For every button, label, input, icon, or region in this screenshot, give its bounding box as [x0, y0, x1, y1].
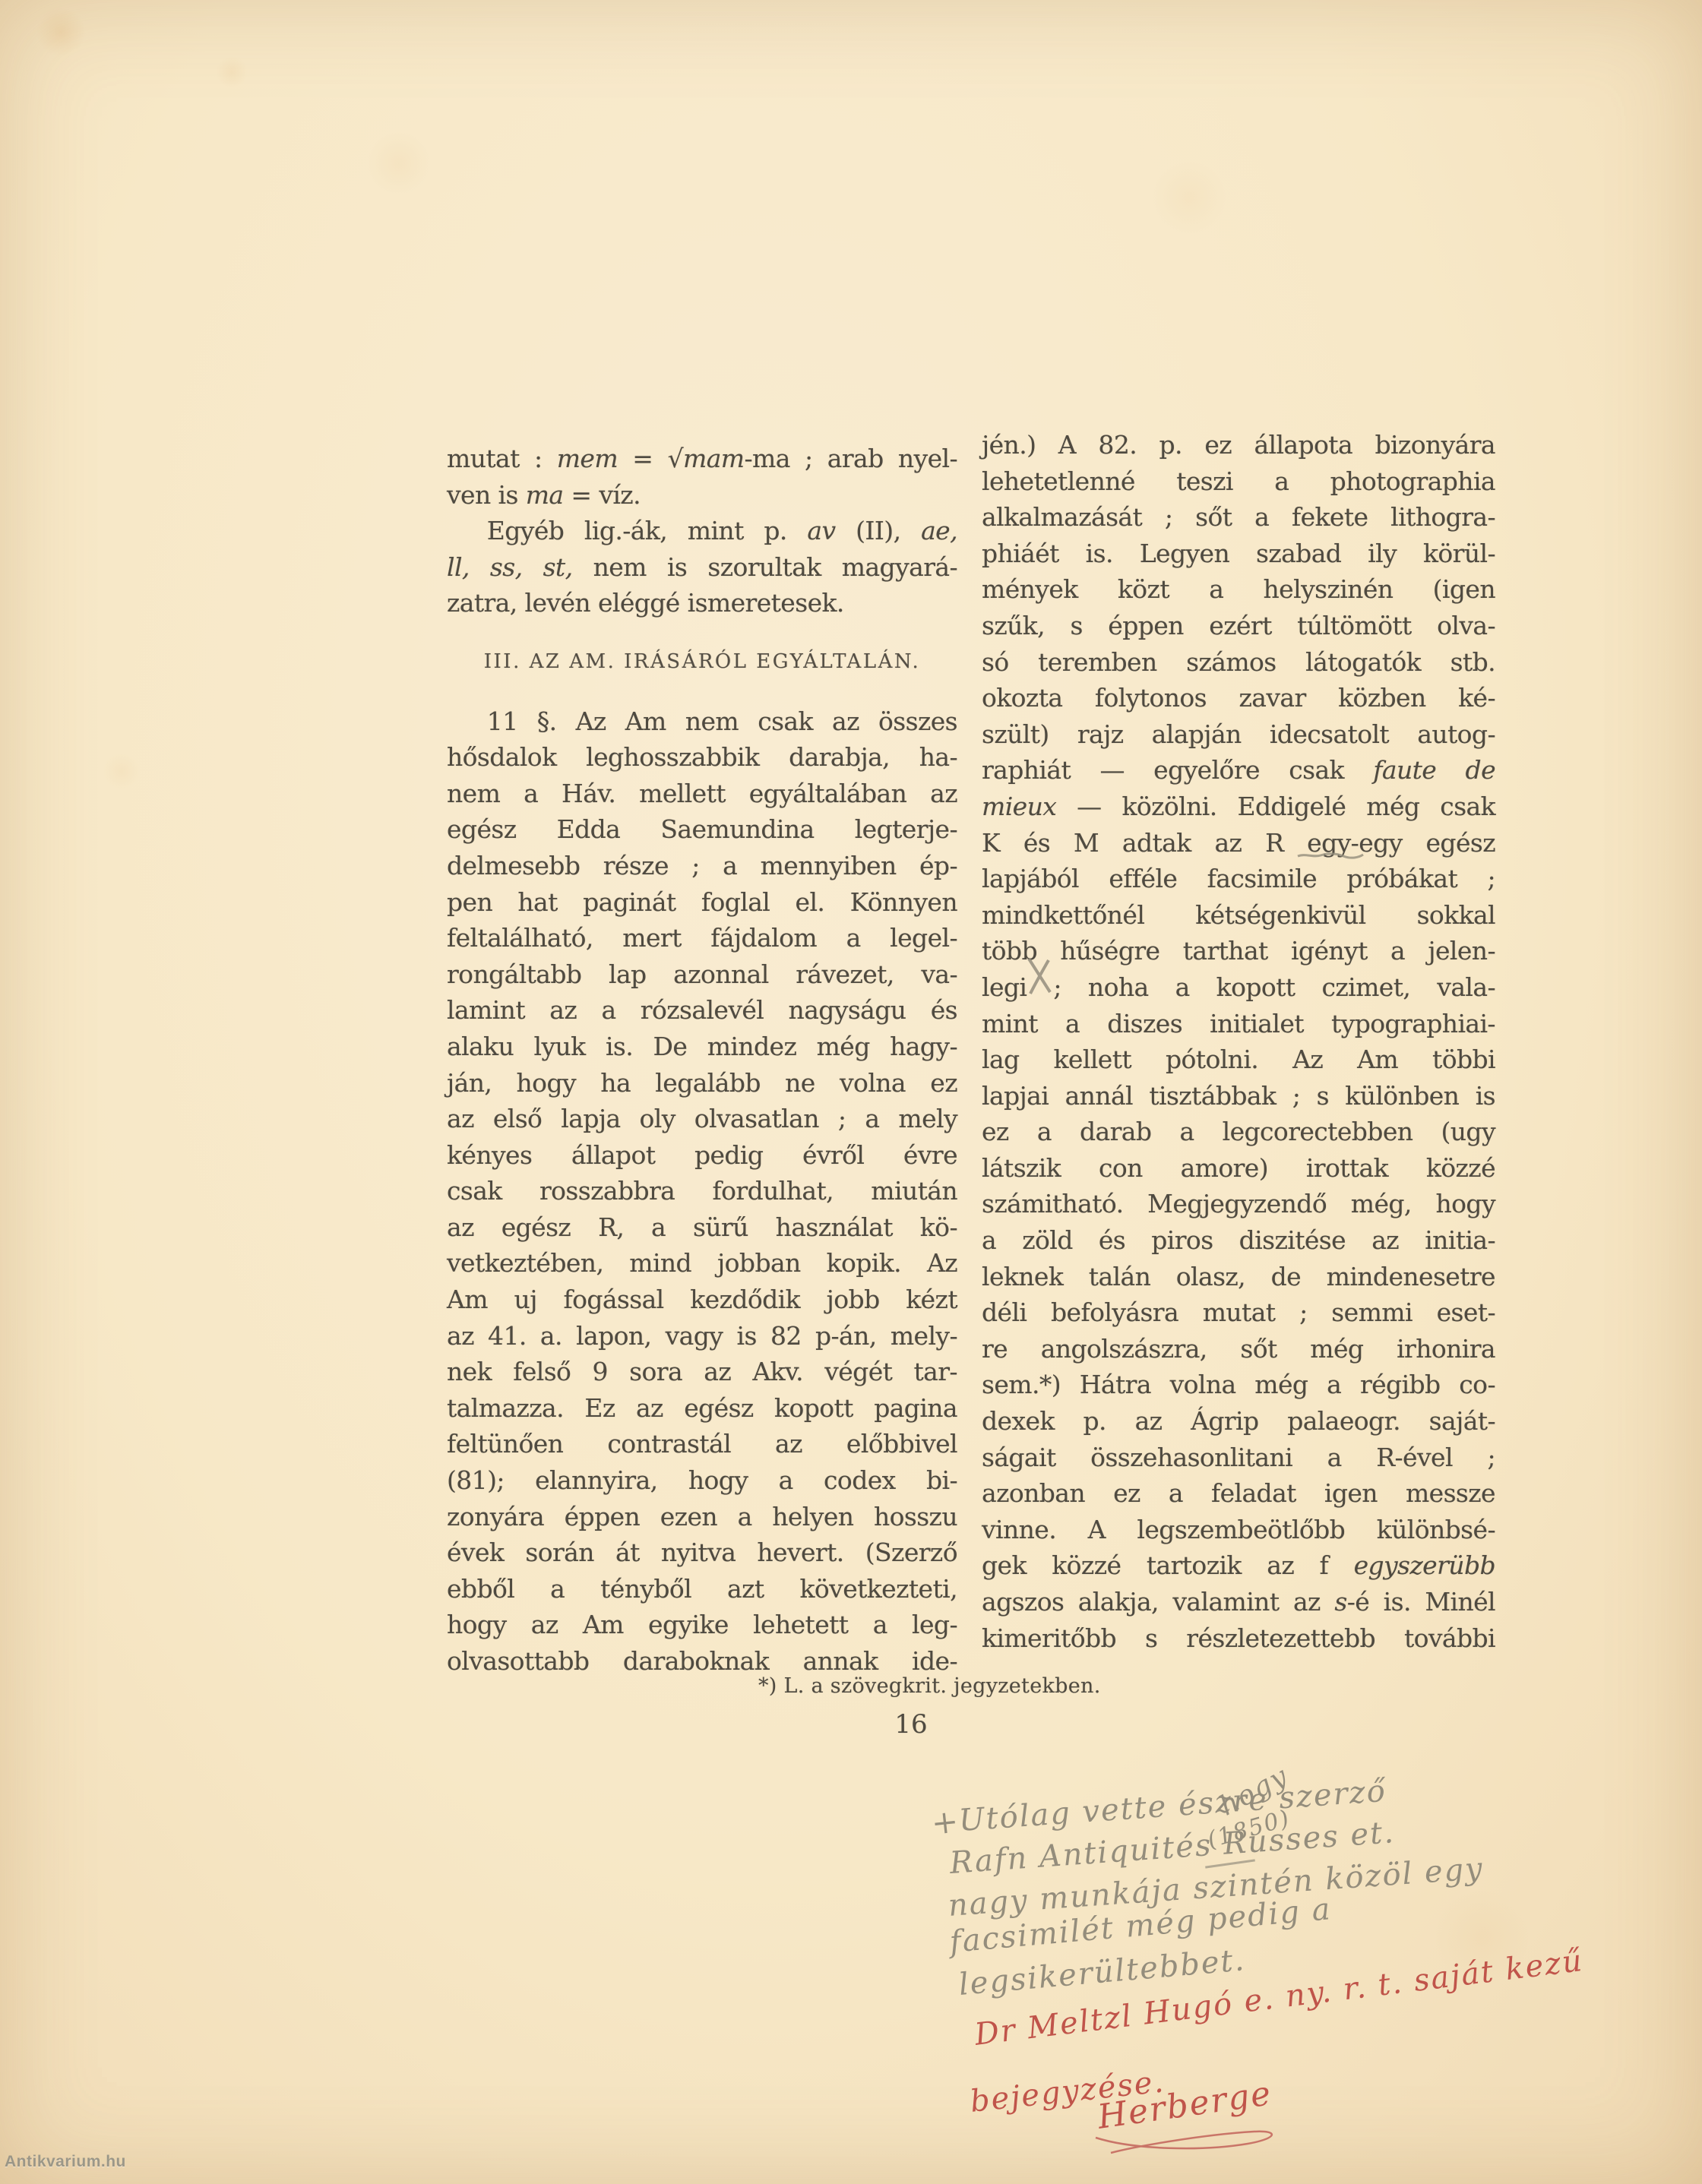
text-line: mutat : mem = √mam-ma ; arab nyel-	[447, 441, 957, 477]
text-line: látszik con amore) irottak közzé	[982, 1150, 1495, 1187]
scanned-book-page: mutat : mem = √mam-ma ; arab nyel-ven is…	[0, 0, 1702, 2184]
text-line: mények közt a helyszinén (igen	[982, 571, 1495, 608]
italic-text: mam	[683, 444, 744, 473]
paragraph: jén.) A 82. p. ez állapota bizonyáralehe…	[982, 427, 1495, 1656]
text-line: évek során át nyitva hevert. (Szerző	[447, 1534, 957, 1571]
text-line: raphiát — egyelőre csak faute de	[982, 752, 1495, 789]
text-line: jén.) A 82. p. ez állapota bizonyára	[982, 427, 1495, 463]
text-line: vinne. A legszembeötlőbb különbsé-	[982, 1512, 1495, 1548]
text-line: gek közzé tartozik az f egyszerübb	[982, 1547, 1495, 1584]
text-line: nek felső 9 sora az Akv. végét tar-	[447, 1354, 957, 1390]
page-number: 16	[887, 1709, 935, 1740]
text-line: phiáét is. Legyen szabad ily körül-	[982, 536, 1495, 572]
text-line: szűk, s éppen ezért túltömött olva-	[982, 608, 1495, 644]
text-line: K és M adtak az R egy-egy egész	[982, 825, 1495, 861]
right-column: jén.) A 82. p. ez állapota bizonyáralehe…	[982, 427, 1495, 1656]
text-line: re angolszászra, sőt még irhonira	[982, 1331, 1495, 1367]
footnote: *) L. a szövegkrit. jegyzetekben.	[758, 1674, 1101, 1698]
section-heading: III. AZ AM. IRÁSÁRÓL EGYÁLTALÁN.	[447, 644, 957, 681]
text-line: feltalálható, mert fájdalom a legel-	[447, 920, 957, 956]
paragraph: Egyéb lig.-ák, mint p. av (II), ae,ll, s…	[447, 513, 957, 621]
text-line: mieux — közölni. Eddigelé még csak	[982, 789, 1495, 825]
text-line: só teremben számos látogatók stb.	[982, 644, 1495, 681]
text-line: zonyára éppen ezen a helyen hosszu	[447, 1499, 957, 1535]
text-line: kimeritőbb s részletezettebb további	[982, 1620, 1495, 1657]
text-line: lehetetlenné teszi a photographia	[982, 463, 1495, 500]
antikvarium-watermark: Antikvarium.hu	[5, 2153, 126, 2171]
text-line: dexek p. az Ágrip palaeogr. saját-	[982, 1403, 1495, 1440]
text-line: rongáltabb lap azonnal rávezet, va-	[447, 956, 957, 993]
text-line: ll, ss, st, nem is szorultak magyará-	[447, 549, 957, 586]
text-line: leknek talán olasz, de mindenesetre	[982, 1259, 1495, 1295]
text-line: lapjai annál tisztábbak ; s különben is	[982, 1078, 1495, 1114]
text-line: Egyéb lig.-ák, mint p. av (II), ae,	[447, 513, 957, 549]
text-line: ez a darab a legcorectebben (ugy	[982, 1114, 1495, 1150]
italic-text: ma	[526, 480, 564, 510]
paragraph: 11 §. Az Am nem csak az összeshősdalok l…	[447, 703, 957, 1680]
text-line: agszos alakja, valamint az s-é is. Minél	[982, 1584, 1495, 1620]
text-line: ságait összehasonlitani a R-ével ;	[982, 1440, 1495, 1476]
text-line: azonban ez a feladat igen messze	[982, 1475, 1495, 1512]
text-line: szült) rajz alapján idecsatolt autog-	[982, 716, 1495, 753]
text-line: hogy az Am egyike lehetett a leg-	[447, 1607, 957, 1643]
italic-text: egyszerübb	[1354, 1550, 1495, 1580]
text-line: egész Edda Saemundina legterje-	[447, 811, 957, 848]
pencil-underline-mark	[1296, 849, 1365, 864]
text-line: hősdalok leghosszabbik darabja, ha-	[447, 739, 957, 776]
text-line: déli befolyásra mutat ; semmi eset-	[982, 1294, 1495, 1331]
text-line: mindkettőnél kétségenkivül sokkal	[982, 897, 1495, 934]
text-line: delmesebb része ; a mennyiben ép-	[447, 848, 957, 884]
text-line: ebből a tényből azt következteti,	[447, 1571, 957, 1607]
italic-text: mem	[557, 444, 618, 473]
text-line: több hűségre tarthat igényt a jelen-	[982, 933, 1495, 969]
pencil-cross-mark	[1023, 954, 1056, 1000]
text-line: lamint az a rózsalevél nagyságu és	[447, 992, 957, 1029]
text-line: alaku lyuk is. De mindez még hagy-	[447, 1029, 957, 1065]
italic-text: faute de	[1373, 755, 1495, 785]
text-line: mint a diszes initialet typographiai-	[982, 1006, 1495, 1042]
text-line: lapjából efféle facsimile próbákat ;	[982, 861, 1495, 897]
text-line: alkalmazását ; sőt a fekete lithogra-	[982, 499, 1495, 536]
text-line: talmazza. Ez az egész kopott pagina	[447, 1390, 957, 1427]
signature-flourish	[1088, 2124, 1293, 2162]
text-line: lag kellett pótolni. Az Am többi	[982, 1041, 1495, 1078]
text-line: legi ; noha a kopott czimet, vala-	[982, 969, 1495, 1006]
text-line: sem.*) Hátra volna még a régibb co-	[982, 1367, 1495, 1403]
pencil-plus-mark: +	[929, 1802, 961, 1842]
paragraph: mutat : mem = √mam-ma ; arab nyel-ven is…	[447, 441, 957, 513]
italic-text: ll, ss, st,	[447, 552, 572, 582]
text-line: kényes állapot pedig évről évre	[447, 1137, 957, 1174]
text-line: pen hat paginát foglal el. Könnyen	[447, 884, 957, 921]
text-line: az egész R, a sürű használat kö-	[447, 1209, 957, 1246]
text-line: az 41. a. lapon, vagy is 82 p-án, mely-	[447, 1318, 957, 1354]
italic-text: mieux	[982, 792, 1056, 821]
text-line: az első lapja oly olvasatlan ; a mely	[447, 1101, 957, 1137]
text-line: feltünően contrastál az előbbivel	[447, 1426, 957, 1462]
text-line: 11 §. Az Am nem csak az összes	[447, 703, 957, 740]
left-column: mutat : mem = √mam-ma ; arab nyel-ven is…	[447, 441, 957, 1680]
text-line: zatra, levén eléggé ismeretesek.	[447, 585, 957, 621]
italic-text: ae,	[921, 516, 957, 545]
text-line: nem a Háv. mellett egyáltalában az	[447, 776, 957, 812]
text-line: ján, hogy ha legalább ne volna ez	[447, 1065, 957, 1101]
text-line: csak rosszabbra fordulhat, miután	[447, 1173, 957, 1209]
text-line: Am uj fogással kezdődik jobb kézt	[447, 1282, 957, 1318]
text-line: ven is ma = víz.	[447, 477, 957, 514]
text-line: okozta folytonos zavar közben ké-	[982, 680, 1495, 716]
italic-text: av	[807, 516, 835, 545]
text-line: számitható. Megjegyzendő még, hogy	[982, 1186, 1495, 1222]
text-line: a zöld és piros diszitése az initia-	[982, 1222, 1495, 1259]
text-line: (81); elannyira, hogy a codex bi-	[447, 1462, 957, 1499]
italic-text: s	[1334, 1587, 1346, 1617]
text-line: vetkeztében, mind jobban kopik. Az	[447, 1245, 957, 1282]
